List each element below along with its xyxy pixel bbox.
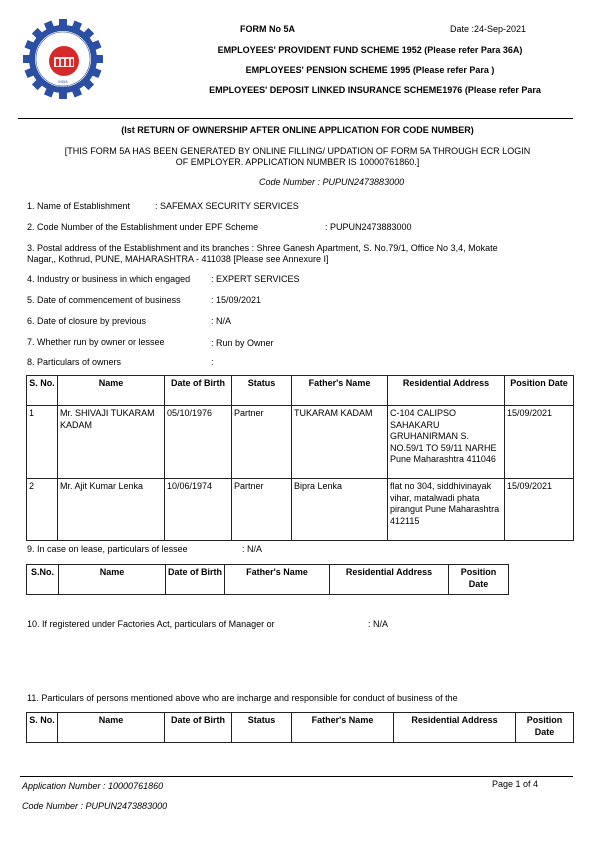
svg-text:INDIA: INDIA [58,80,68,84]
scheme-line-eps: EMPLOYEES' PENSION SCHEME 1995 (Please r… [150,65,590,75]
owner-name: Mr. SHIVAJI TUKARAM KADAM [58,406,165,479]
owner-position-date: 15/09/2021 [505,406,574,479]
owners-header-sno: S. No. [27,376,58,406]
lessee-header-position-date: Position Date [449,565,509,595]
code-number-line: Code Number : PUPUN2473883000 [259,177,404,187]
owner-name: Mr. Ajit Kumar Lenka [58,479,165,541]
lessee-table: S.No. Name Date of Birth Father's Name R… [26,564,509,595]
owner-position-date: 15/09/2021 [505,479,574,541]
field-11-label: 11. Particulars of persons mentioned abo… [27,693,458,703]
field-8-label: 8. Particulars of owners [27,357,121,367]
form-number: FORM No 5A [240,24,330,34]
field-9-label: 9. In case on lease, particulars of less… [27,544,188,554]
lessee-header-name: Name [59,565,166,595]
owner-sno: 2 [27,479,58,541]
header-divider [18,118,573,119]
footer-divider [20,776,573,777]
owner-status: Partner [232,479,292,541]
field-1-value: : SAFEMAX SECURITY SERVICES [155,201,299,211]
owner-sno: 1 [27,406,58,479]
field-7-value: : Run by Owner [211,338,274,348]
field-1-label: 1. Name of Establishment [27,201,130,211]
scheme-line-edli: EMPLOYEES' DEPOSIT LINKED INSURANCE SCHE… [140,85,595,95]
owner-dob: 10/06/1974 [165,479,232,541]
field-4-label: 4. Industry or business in which engaged [27,274,190,284]
footer-application-number: Application Number : 10000761860 [22,781,163,791]
page-number: Page 1 of 4 [492,779,538,789]
owner-address: C-104 CALIPSO SAHAKARU GRUHANIRMAN S. NO… [388,406,505,479]
field-3-line-2: Nagar,, Kothrud, PUNE, MAHARASHTRA - 411… [27,254,328,264]
owners-header-dob: Date of Birth [165,376,232,406]
incharge-header-dob: Date of Birth [165,713,232,743]
owner-dob: 05/10/1976 [165,406,232,479]
footer-code-number: Code Number : PUPUN2473883000 [22,801,167,811]
field-5-value: : 15/09/2021 [211,295,261,305]
lessee-header-sno: S.No. [27,565,59,595]
owners-header-address: Residential Address [388,376,505,406]
field-3-line-1: 3. Postal address of the Establishment a… [27,243,498,253]
owners-header-status: Status [232,376,292,406]
field-5-label: 5. Date of commencement of business [27,295,181,305]
incharge-header-position-date: Position Date [516,713,574,743]
lessee-header-dob: Date of Birth [166,565,225,595]
owners-header-father: Father's Name [292,376,388,406]
field-9-value: : N/A [242,544,262,554]
incharge-table: S. No. Name Date of Birth Status Father'… [26,712,574,743]
owner-status: Partner [232,406,292,479]
field-8-value: : [211,357,214,367]
field-6-value: : N/A [211,316,231,326]
notice-line-2: OF EMPLOYER. APPLICATION NUMBER IS 10000… [0,157,595,167]
table-row: 2 Mr. Ajit Kumar Lenka 10/06/1974 Partne… [27,479,574,541]
field-6-label: 6. Date of closure by previous [27,316,146,326]
epfo-logo-icon: INDIA भारत [21,17,105,101]
field-4-value: : EXPERT SERVICES [211,274,300,284]
field-2-value: : PUPUN2473883000 [325,222,412,232]
form-date: Date :24-Sep-2021 [450,24,526,34]
incharge-header-name: Name [58,713,165,743]
incharge-header-address: Residential Address [394,713,516,743]
lessee-header-father: Father's Name [225,565,330,595]
table-row: 1 Mr. SHIVAJI TUKARAM KADAM 05/10/1976 P… [27,406,574,479]
incharge-header-father: Father's Name [292,713,394,743]
field-10-value: : N/A [368,619,388,629]
lessee-header-address: Residential Address [330,565,449,595]
notice-line-1: [THIS FORM 5A HAS BEEN GENERATED BY ONLI… [0,146,595,156]
owner-father: TUKARAM KADAM [292,406,388,479]
owners-header-position-date: Position Date [505,376,574,406]
owners-header-name: Name [58,376,165,406]
svg-text:भारत: भारत [58,85,68,91]
incharge-header-status: Status [232,713,292,743]
field-2-label: 2. Code Number of the Establishment unde… [27,222,258,232]
owner-father: Bipra Lenka [292,479,388,541]
form-subtitle: (Ist RETURN OF OWNERSHIP AFTER ONLINE AP… [0,125,595,135]
scheme-line-epf: EMPLOYEES' PROVIDENT FUND SCHEME 1952 (P… [150,45,590,55]
owner-address: flat no 304, siddhivinayak vihar, matalw… [388,479,505,541]
field-10-label: 10. If registered under Factories Act, p… [27,619,275,629]
owners-table: S. No. Name Date of Birth Status Father'… [26,375,574,541]
field-7-label: 7. Whether run by owner or lessee [27,337,165,347]
incharge-header-sno: S. No. [27,713,58,743]
